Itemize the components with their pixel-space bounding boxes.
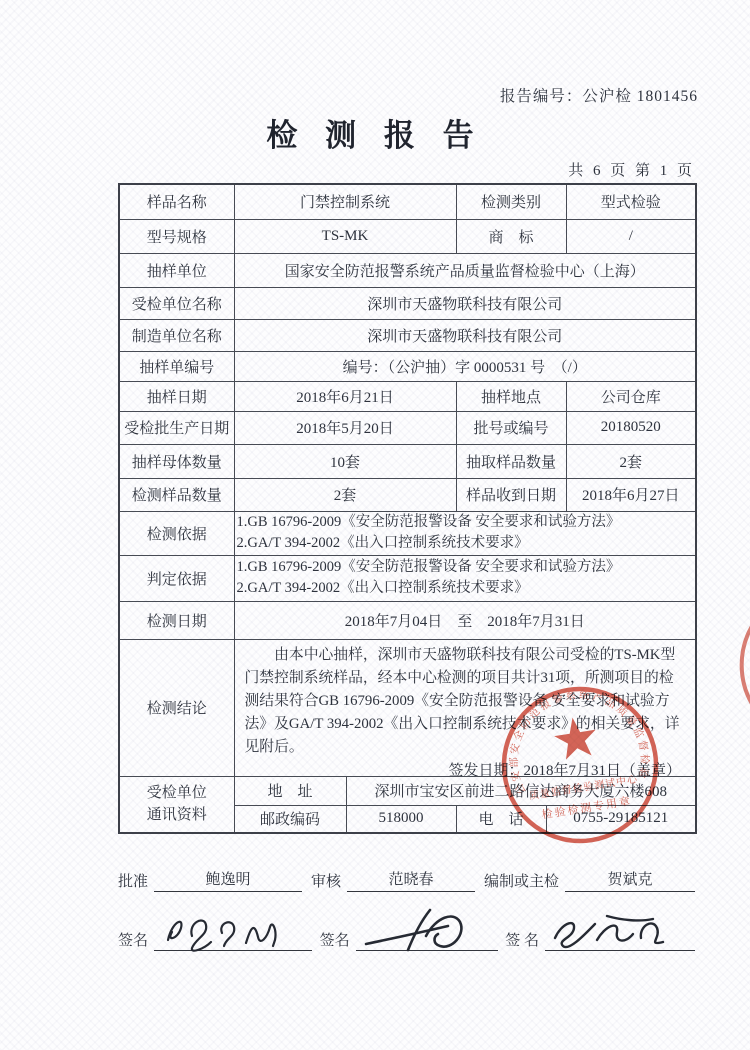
signature-review <box>356 908 498 951</box>
approve-label: 批准 <box>118 870 148 892</box>
conclusion-text: 由本中心抽样，深圳市天盛物联科技有限公司受检的TS-MK型门禁控制系统样品，经本… <box>245 644 686 759</box>
test-basis-value: 1.GB 16796-2009《安全防范报警设备 安全要求和试验方法》 2.GA… <box>234 511 696 555</box>
compile-name: 贺斌克 <box>565 868 695 892</box>
report-page: 报告编号：公沪检 1801456 检 测 报 告 共 6 页 第 1 页 样品名… <box>0 0 750 1050</box>
trademark-value: / <box>566 219 696 253</box>
report-table: 样品名称 门禁控制系统 检测类别 型式检验 型号规格 TS-MK 商 标 / 抽… <box>118 183 697 834</box>
names-row: 批准 鲍逸明 审核 范晓春 编制或主检 贺斌克 <box>118 868 695 892</box>
test-basis-line-1: 1.GB 16796-2009《安全防范报警设备 安全要求和试验方法》 <box>237 512 694 533</box>
received-date-label: 样品收到日期 <box>456 478 566 511</box>
review-label: 审核 <box>311 870 341 892</box>
test-category-value: 型式检验 <box>566 184 696 219</box>
sampling-place-value: 公司仓库 <box>566 381 696 411</box>
test-basis-label: 检测依据 <box>119 511 234 555</box>
signature-compile <box>545 908 695 951</box>
signature-review-ink <box>356 908 498 954</box>
postcode-value: 518000 <box>346 805 456 833</box>
edge-seal-fragment: 质量监督检验测试 <box>700 583 750 753</box>
sampling-unit-label: 抽样单位 <box>119 253 234 287</box>
phone-label: 电 话 <box>456 805 546 833</box>
conclusion-label: 检测结论 <box>119 639 234 776</box>
conclusion-cell: 由本中心抽样，深圳市天盛物联科技有限公司受检的TS-MK型门禁控制系统样品，经本… <box>234 639 696 776</box>
test-basis-line-2: 2.GA/T 394-2002《出入口控制系统技术要求》 <box>237 533 694 554</box>
signatures-row: 签名 签名 <box>118 908 695 951</box>
sampling-unit-value: 国家安全防范报警系统产品质量监督检验中心（上海） <box>234 253 696 287</box>
approval-section: 批准 鲍逸明 审核 范晓春 编制或主检 贺斌克 签名 <box>118 868 695 951</box>
population-qty-label: 抽样母体数量 <box>119 444 234 478</box>
signature-approve-ink <box>154 908 312 954</box>
trademark-label: 商 标 <box>456 219 566 253</box>
sample-name-value: 门禁控制系统 <box>234 184 456 219</box>
sampling-date-value: 2018年6月21日 <box>234 381 456 411</box>
judge-basis-value: 1.GB 16796-2009《安全防范报警设备 安全要求和试验方法》 2.GA… <box>234 555 696 601</box>
received-date-value: 2018年6月27日 <box>566 478 696 511</box>
manufacturer-label: 制造单位名称 <box>119 319 234 351</box>
model-value: TS-MK <box>234 219 456 253</box>
signature-approve <box>154 908 312 951</box>
address-label: 地 址 <box>234 776 346 805</box>
manufacturer-value: 深圳市天盛物联科技有限公司 <box>234 319 696 351</box>
inspected-unit-label: 受检单位名称 <box>119 287 234 319</box>
page-count: 共 6 页 第 1 页 <box>568 159 695 180</box>
signature-compile-ink <box>545 908 695 954</box>
compile-label: 编制或主检 <box>484 870 559 892</box>
sampled-qty-label: 抽取样品数量 <box>456 444 566 478</box>
sampling-sheet-no-value: 编号：（公沪抽）字 0000531 号 （/） <box>234 351 696 381</box>
sampling-sheet-no-label: 抽样单编号 <box>119 351 234 381</box>
test-category-label: 检测类别 <box>456 184 566 219</box>
sampling-date-label: 抽样日期 <box>119 381 234 411</box>
population-qty-value: 10套 <box>234 444 456 478</box>
batch-prod-date-label: 受检批生产日期 <box>119 411 234 444</box>
model-label: 型号规格 <box>119 219 234 253</box>
sign-label-2: 签名 <box>320 929 350 951</box>
test-sample-qty-value: 2套 <box>234 478 456 511</box>
test-date-label: 检测日期 <box>119 601 234 639</box>
sign-label-3: 签 名 <box>505 929 539 951</box>
sign-label-1: 签名 <box>118 929 148 951</box>
postcode-label: 邮政编码 <box>234 805 346 833</box>
batch-no-label: 批号或编号 <box>456 411 566 444</box>
sampled-qty-value: 2套 <box>566 444 696 478</box>
test-date-value: 2018年7月04日 至 2018年7月31日 <box>234 601 696 639</box>
sample-name-label: 样品名称 <box>119 184 234 219</box>
approve-name: 鲍逸明 <box>154 868 302 892</box>
edge-seal-icon: 质量监督检验测试 <box>700 583 750 748</box>
batch-prod-date-value: 2018年5月20日 <box>234 411 456 444</box>
judge-basis-line-2: 2.GA/T 394-2002《出入口控制系统技术要求》 <box>237 578 694 599</box>
review-name: 范晓春 <box>347 868 475 892</box>
inspected-unit-value: 深圳市天盛物联科技有限公司 <box>234 287 696 319</box>
test-sample-qty-label: 检测样品数量 <box>119 478 234 511</box>
judge-basis-label: 判定依据 <box>119 555 234 601</box>
sampling-place-label: 抽样地点 <box>456 381 566 411</box>
contact-label: 受检单位 通讯资料 <box>119 776 234 833</box>
batch-no-value: 20180520 <box>566 411 696 444</box>
conclusion-issue-date: 签发日期：2018年7月31日（盖章） <box>245 759 686 776</box>
page-title: 检 测 报 告 <box>0 110 750 155</box>
report-number: 报告编号：公沪检 1801456 <box>500 84 698 106</box>
address-value: 深圳市宝安区前进二路信达商务大厦六楼608 <box>346 776 696 805</box>
phone-value: 0755-29185121 <box>546 805 696 833</box>
judge-basis-line-1: 1.GB 16796-2009《安全防范报警设备 安全要求和试验方法》 <box>237 557 694 578</box>
